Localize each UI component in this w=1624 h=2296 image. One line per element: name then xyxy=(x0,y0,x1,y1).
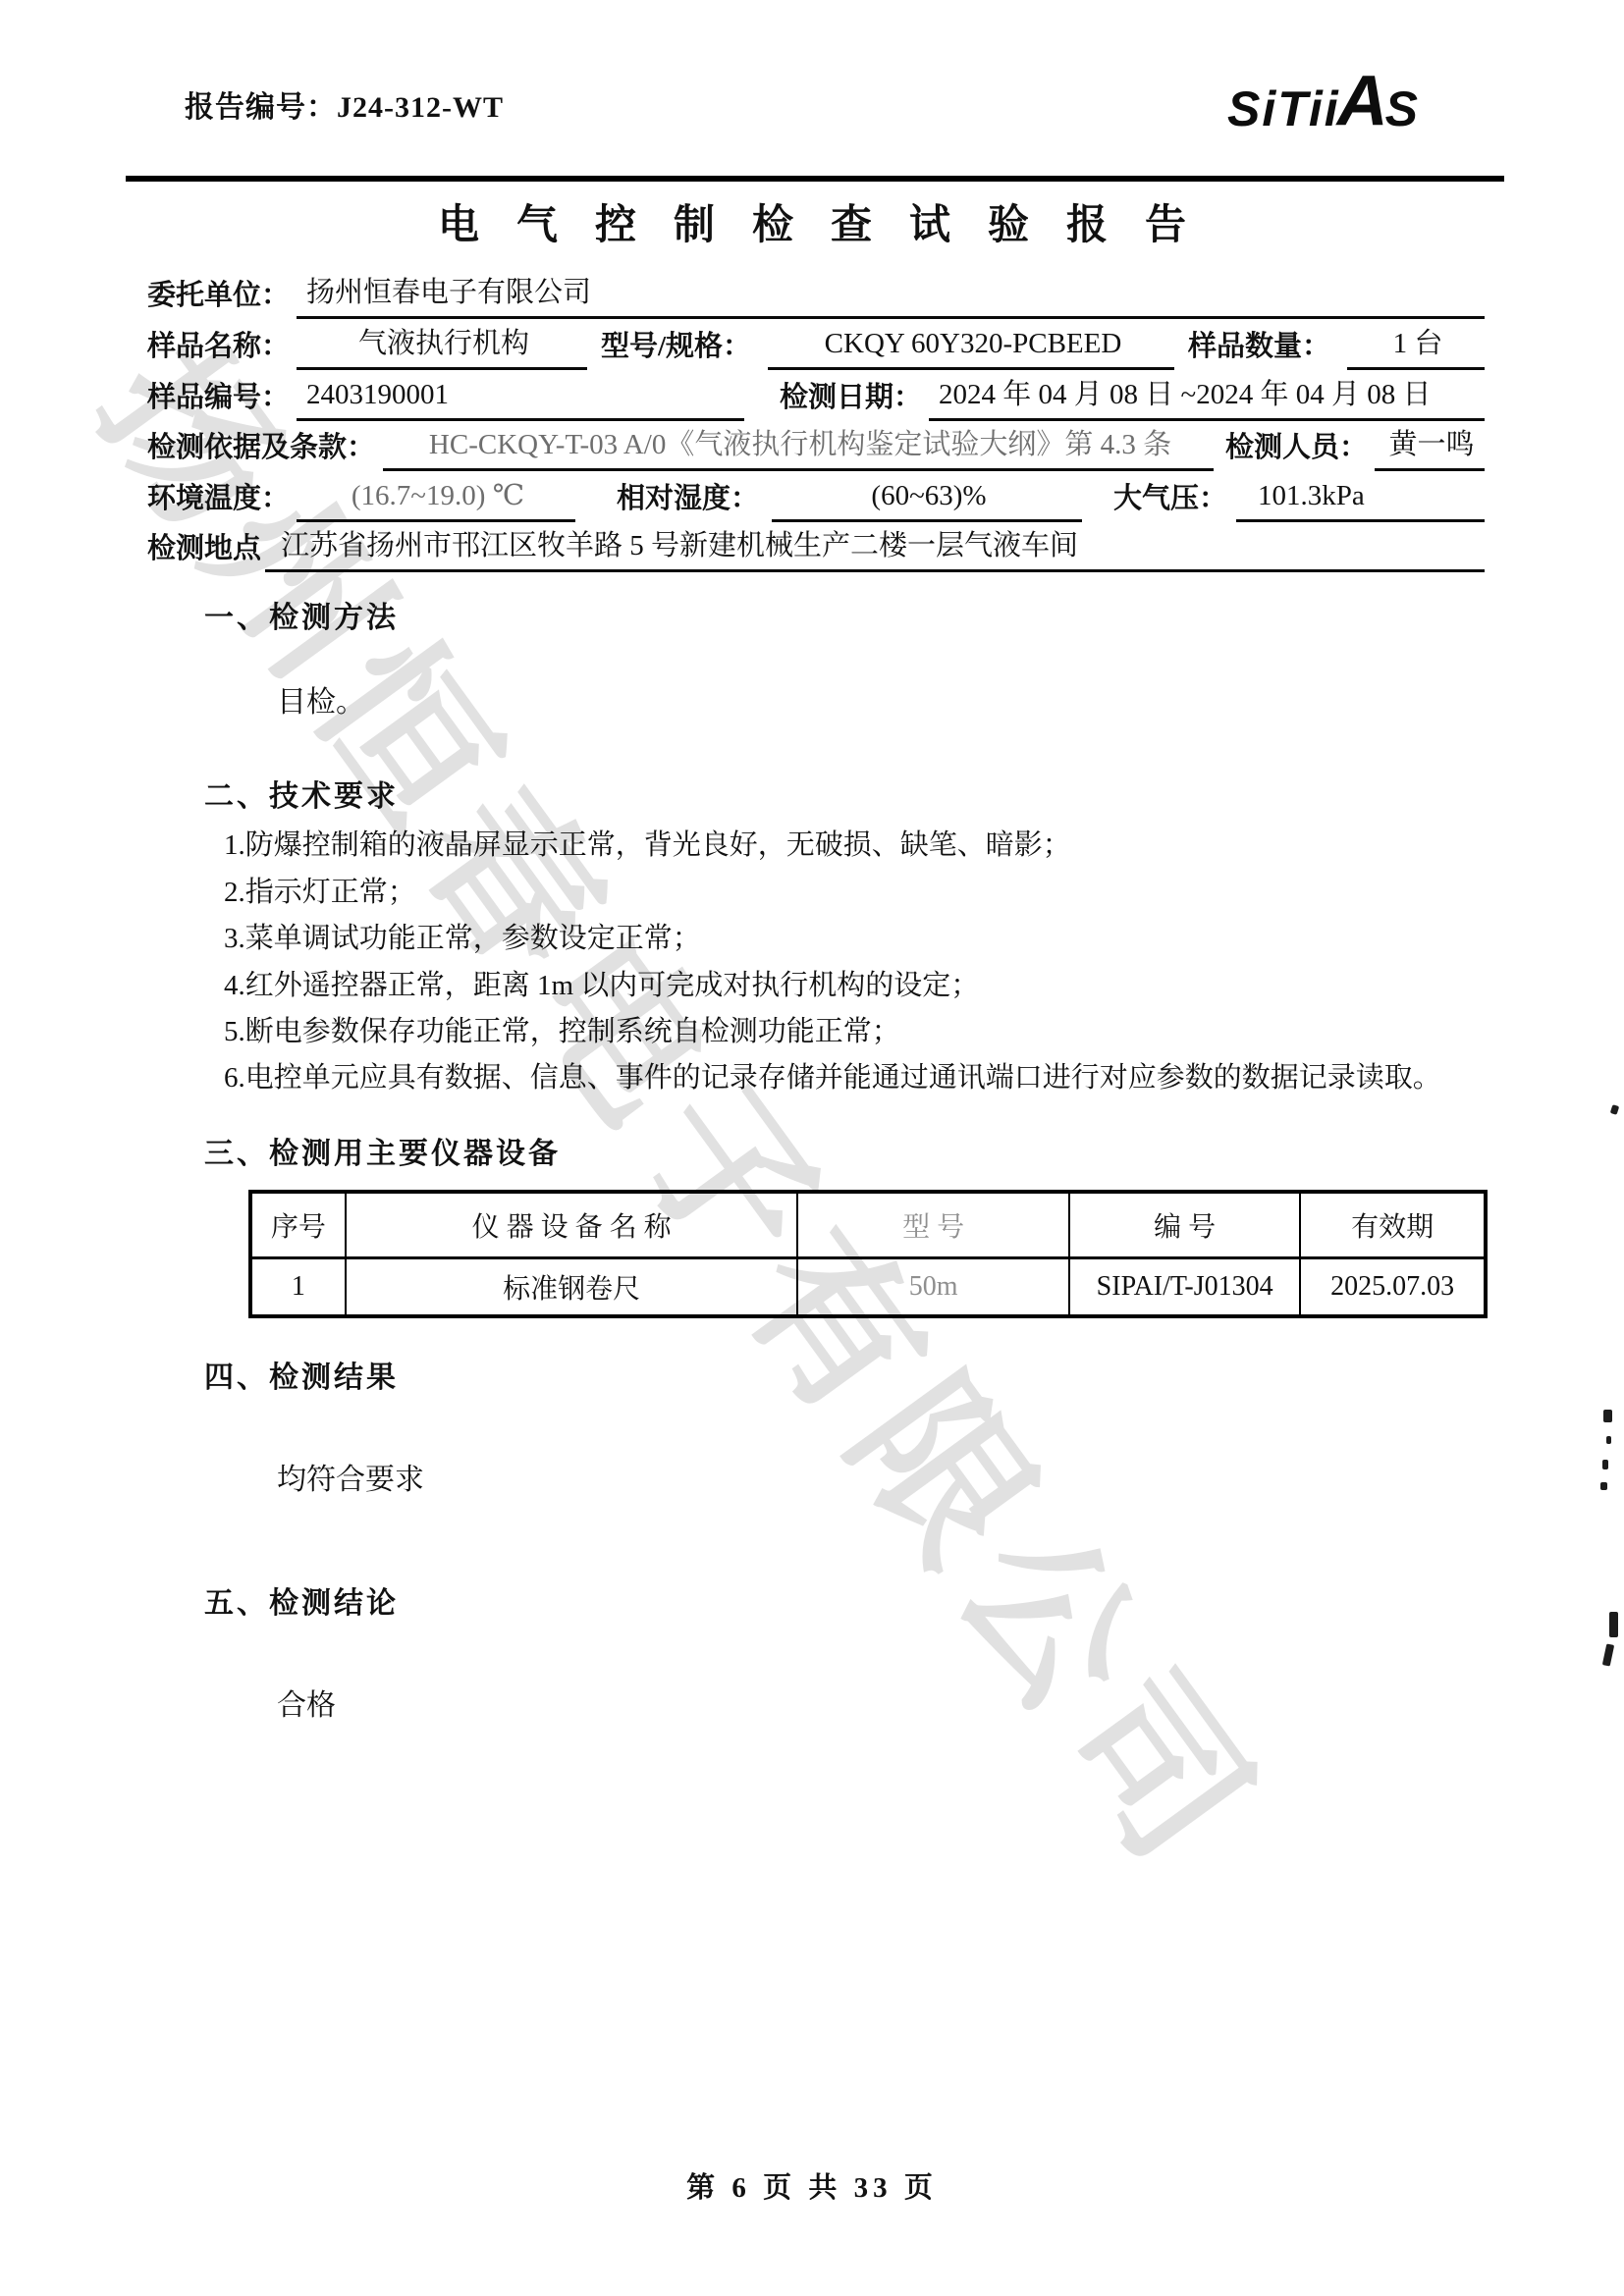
tech-item-2: 2.指示灯正常； xyxy=(224,870,416,910)
instrument-table-header-row: 序号 仪 器 设 备 名 称 型 号 编 号 有效期 xyxy=(250,1192,1486,1258)
section-3-heading: 三、检测用主要仪器设备 xyxy=(204,1129,561,1172)
pressure-value: 101.3kPa xyxy=(1236,480,1485,522)
basis-label: 检测依据及条款： xyxy=(147,432,383,471)
tech-item-5: 5.断电参数保存功能正常，控制系统自检测功能正常； xyxy=(224,1009,900,1049)
sample-no-value: 2403190001 xyxy=(297,379,744,421)
location-value: 江苏省扬州市邗江区牧羊路 5 号新建机械生产二楼一层气液车间 xyxy=(265,530,1485,572)
env-temp-label: 环境温度： xyxy=(147,483,297,522)
instrument-table: 序号 仪 器 设 备 名 称 型 号 编 号 有效期 1 标准钢卷尺 50m S… xyxy=(248,1190,1488,1318)
scan-artifact xyxy=(1603,1410,1612,1422)
client-value: 扬州恒春电子有限公司 xyxy=(297,277,1485,319)
basis-value: HC-CKQY-T-03 A/0《气液执行机构鉴定试验大纲》第 4.3 条 xyxy=(383,429,1214,471)
tech-item-6: 6.电控单元应具有数据、信息、事件的记录存储并能通过通讯端口进行对应参数的数据记… xyxy=(224,1055,1441,1095)
test-date-value: 2024 年 04 月 08 日 ~2024 年 04 月 08 日 xyxy=(929,379,1485,421)
report-number-value: J24-312-WT xyxy=(337,91,504,124)
col-header-serial: 编 号 xyxy=(1069,1192,1300,1258)
section-4-heading: 四、检测结果 xyxy=(204,1353,399,1396)
logo-text-end: S xyxy=(1385,84,1420,133)
sample-name-label: 样品名称： xyxy=(147,331,297,370)
report-number-label: 报告编号： xyxy=(185,91,337,124)
client-label: 委托单位： xyxy=(147,280,297,319)
section-1-body: 目检。 xyxy=(277,677,365,721)
cell-model: 50m xyxy=(797,1258,1069,1317)
location-label: 检测地点 xyxy=(147,533,265,572)
quantity-label: 样品数量： xyxy=(1188,331,1347,370)
page-footer: 第 6 页 共 33 页 xyxy=(0,2165,1624,2206)
header-rule xyxy=(126,176,1504,182)
cell-name: 标准钢卷尺 xyxy=(346,1258,797,1317)
col-header-name: 仪 器 设 备 名 称 xyxy=(346,1192,797,1258)
cell-index: 1 xyxy=(250,1258,346,1317)
scan-artifact xyxy=(1602,1643,1614,1666)
humidity-label: 相对湿度： xyxy=(617,483,772,522)
report-page: 扬州恒春电子有限公司 报告编号：J24-312-WT SiTiiAS 电气控制检… xyxy=(0,0,1624,2296)
instrument-table-row: 1 标准钢卷尺 50m SIPAI/T-J01304 2025.07.03 xyxy=(250,1258,1486,1317)
section-4-body: 均符合要求 xyxy=(277,1455,424,1498)
scan-artifact xyxy=(1602,1460,1608,1469)
field-row-location: 检测地点 江苏省扬州市邗江区牧羊路 5 号新建机械生产二楼一层气液车间 xyxy=(147,530,1485,572)
section-2-heading: 二、技术要求 xyxy=(204,772,399,815)
logo-text: SiTii xyxy=(1227,84,1340,133)
scan-artifact xyxy=(1610,1104,1619,1115)
section-1-heading: 一、检测方法 xyxy=(204,593,399,636)
scan-artifact xyxy=(1600,1482,1607,1490)
col-header-index: 序号 xyxy=(250,1192,346,1258)
logo-big-a: A xyxy=(1337,69,1388,133)
tech-item-3: 3.菜单调试功能正常，参数设定正常； xyxy=(224,916,701,956)
sample-no-label: 样品编号： xyxy=(147,382,297,421)
tech-item-1: 1.防爆控制箱的液晶屏显示正常，背光良好，无破损、缺笔、暗影； xyxy=(224,823,1071,863)
scan-artifact xyxy=(1606,1436,1611,1444)
pressure-label: 大气压： xyxy=(1113,483,1236,522)
field-row-basis: 检测依据及条款： HC-CKQY-T-03 A/0《气液执行机构鉴定试验大纲》第… xyxy=(147,429,1485,471)
env-temp-value: (16.7~19.0) ℃ xyxy=(297,480,575,522)
field-row-sample: 样品名称： 气液执行机构 型号/规格： CKQY 60Y320-PCBEED 样… xyxy=(147,328,1485,370)
field-row-client: 委托单位： 扬州恒春电子有限公司 xyxy=(147,277,1485,319)
field-row-environment: 环境温度： (16.7~19.0) ℃ 相对湿度： (60~63)% 大气压： … xyxy=(147,480,1485,522)
section-5-heading: 五、检测结论 xyxy=(204,1578,399,1622)
cell-validity: 2025.07.03 xyxy=(1300,1258,1486,1317)
model-value: CKQY 60Y320-PCBEED xyxy=(768,328,1174,370)
model-label: 型号/规格： xyxy=(601,331,768,370)
test-date-label: 检测日期： xyxy=(780,382,929,421)
scan-artifact xyxy=(1609,1612,1618,1637)
humidity-value: (60~63)% xyxy=(772,480,1082,522)
section-5-body: 合格 xyxy=(277,1681,336,1724)
report-number: 报告编号：J24-312-WT xyxy=(185,82,504,126)
col-header-model: 型 号 xyxy=(797,1192,1069,1258)
page-title: 电气控制检查试验报告 xyxy=(19,192,1624,251)
sitiias-logo: SiTiiAS xyxy=(1227,69,1420,133)
inspector-label: 检测人员： xyxy=(1225,432,1375,471)
inspector-value: 黄一鸣 xyxy=(1375,429,1485,471)
col-header-validity: 有效期 xyxy=(1300,1192,1486,1258)
quantity-value: 1 台 xyxy=(1347,328,1485,370)
field-row-sample-no: 样品编号： 2403190001 检测日期： 2024 年 04 月 08 日 … xyxy=(147,379,1485,421)
tech-item-4: 4.红外遥控器正常，距离 1m 以内可完成对执行机构的设定； xyxy=(224,963,979,1003)
sample-name-value: 气液执行机构 xyxy=(297,328,587,370)
cell-serial: SIPAI/T-J01304 xyxy=(1069,1258,1300,1317)
